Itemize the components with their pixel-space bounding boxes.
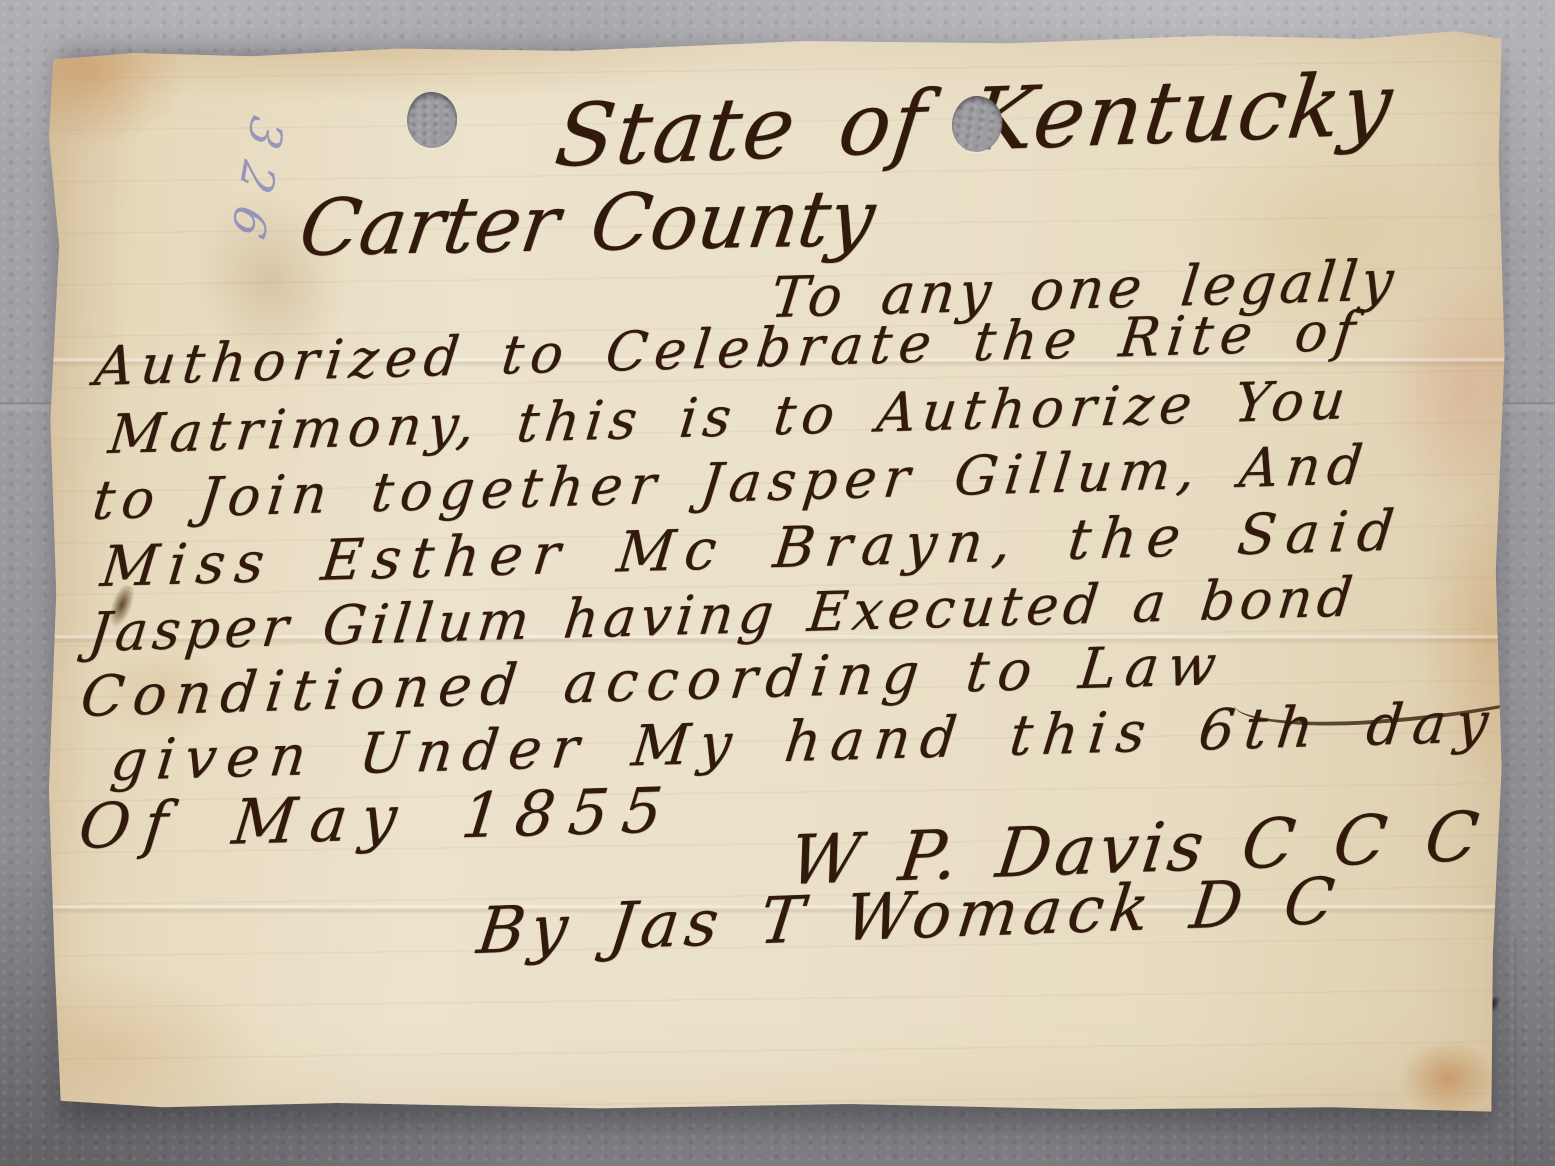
background-seam-vertical	[1514, 938, 1517, 1166]
document-paper: 326 State of Kentucky Carter County To a…	[46, 28, 1506, 1116]
body-line: Of May 1855	[76, 779, 679, 858]
heading-county-line: Carter County	[295, 180, 879, 268]
punch-hole-left	[407, 92, 457, 148]
